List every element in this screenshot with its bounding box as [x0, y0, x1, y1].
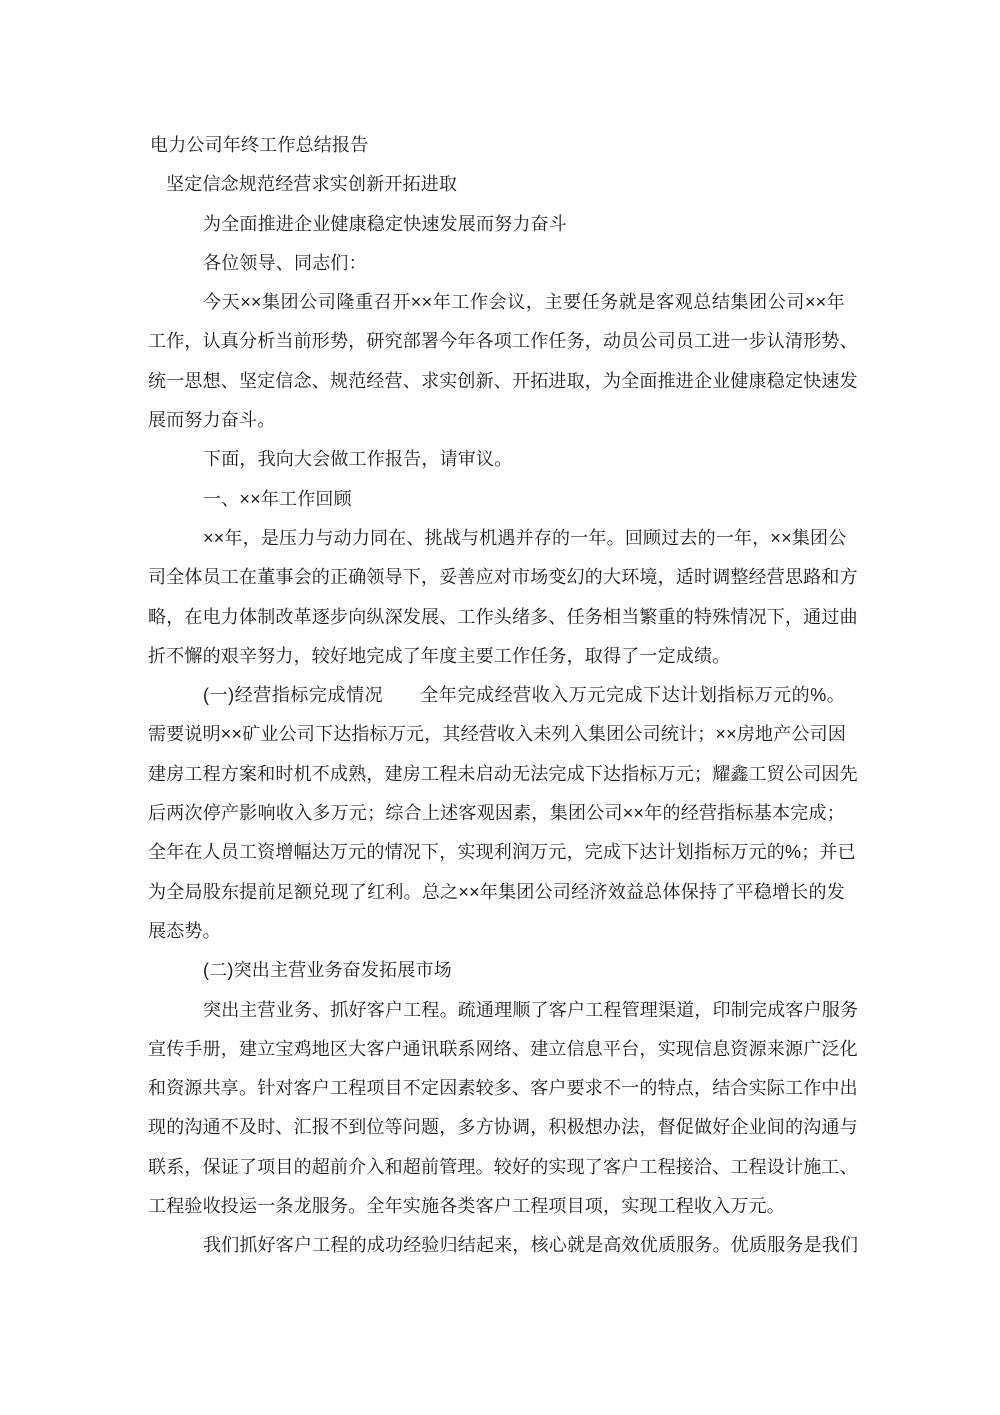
document-line: ××年，是压力与动力同在、挑战与机遇并存的一年。回顾过去的一年，××集团公 [148, 519, 845, 558]
document-line: 建房工程方案和时机不成熟，建房工程未启动无法完成下达指标万元；耀鑫工贸公司因先 [148, 755, 845, 794]
document-line: 需要说明××矿业公司下达指标万元，其经营收入未列入集团公司统计；××房地产公司因 [148, 715, 845, 754]
document-line: 展而努力奋斗。 [148, 401, 845, 440]
document-line: 后两次停产影响收入多万元；综合上述客观因素，集团公司××年的经营指标基本完成； [148, 794, 845, 833]
document-line: 我们抓好客户工程的成功经验归结起来，核心就是高效优质服务。优质服务是我们 [148, 1226, 845, 1265]
document-line: 工程验收投运一条龙服务。全年实施各类客户工程项目项，实现工程收入万元。 [148, 1187, 845, 1226]
document-title: 电力公司年终工作总结报告 [148, 126, 845, 165]
document-body: 电力公司年终工作总结报告坚定信念规范经营求实创新开拓进取为全面推进企业健康稳定快… [148, 126, 845, 1266]
document-line: 司全体员工在董事会的正确领导下，妥善应对市场变幻的大环境，适时调整经营思路和方 [148, 558, 845, 597]
document-line: 现的沟通不及时、汇报不到位等问题，多方协调，积极想办法，督促做好企业间的沟通与 [148, 1108, 845, 1147]
document-line: 展态势。 [148, 912, 845, 951]
document-line: 为全局股东提前足额兑现了红利。总之××年集团公司经济效益总体保持了平稳增长的发 [148, 873, 845, 912]
document-line: 工作，认真分析当前形势，研究部署今年各项工作任务，动员公司员工进一步认清形势、 [148, 322, 845, 361]
document-line: 全年在人员工资增幅达万元的情况下，实现利润万元，完成下达计划指标万元的%；并已 [148, 833, 845, 872]
document-line: 为全面推进企业健康稳定快速发展而努力奋斗 [148, 205, 845, 244]
document-line: 下面，我向大会做工作报告，请审议。 [148, 440, 845, 479]
document-line: 突出主营业务、抓好客户工程。疏通理顺了客户工程管理渠道，印制完成客户服务 [148, 991, 845, 1030]
document-line: 宣传手册，建立宝鸡地区大客户通讯联系网络、建立信息平台，实现信息资源来源广泛化 [148, 1030, 845, 1069]
document-line: 一、××年工作回顾 [148, 480, 845, 519]
document-line: 折不懈的艰辛努力，较好地完成了年度主要工作任务，取得了一定成绩。 [148, 637, 845, 676]
document-line: 坚定信念规范经营求实创新开拓进取 [148, 165, 845, 204]
document-page: 电力公司年终工作总结报告坚定信念规范经营求实创新开拓进取为全面推进企业健康稳定快… [0, 0, 1000, 1415]
document-line: 联系，保证了项目的超前介入和超前管理。较好的实现了客户工程接洽、工程设计施工、 [148, 1148, 845, 1187]
document-line: 统一思想、坚定信念、规范经营、求实创新、开拓进取，为全面推进企业健康稳定快速发 [148, 362, 845, 401]
document-line: 略，在电力体制改革逐步向纵深发展、工作头绪多、任务相当繁重的特殊情况下，通过曲 [148, 598, 845, 637]
document-line: 今天××集团公司隆重召开××年工作会议，主要任务就是客观总结集团公司××年 [148, 283, 845, 322]
document-line: 和资源共享。针对客户工程项目不定因素较多、客户要求不一的特点，结合实际工作中出 [148, 1069, 845, 1108]
document-line: (二)突出主营业务奋发拓展市场 [148, 951, 845, 990]
document-line: (一)经营指标完成情况 全年完成经营收入万元完成下达计划指标万元的%。 [148, 676, 845, 715]
document-line: 各位领导、同志们： [148, 244, 845, 283]
